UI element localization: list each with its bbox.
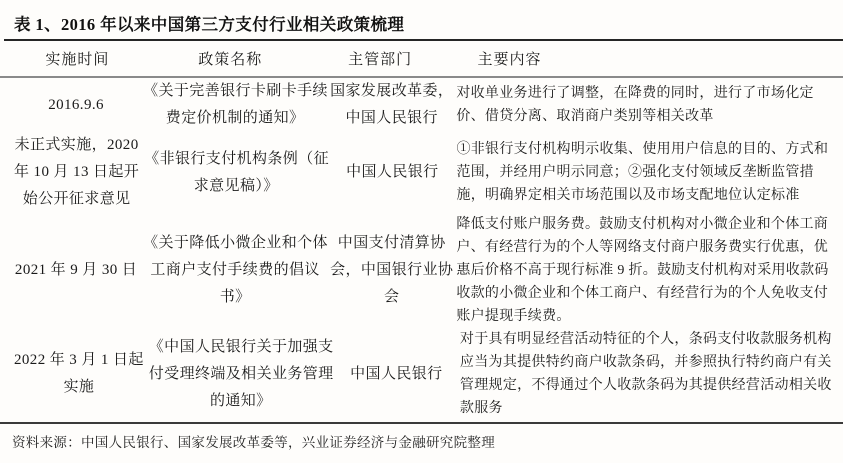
table-row: 2022 年 3 月 1 日起实施 《中国人民银行关于加强支付受理终端及相关业务… <box>0 328 843 420</box>
text-line: 收款的小微企业和个体工商户、有经营行为的个人免收支付 <box>456 282 843 305</box>
table-row: 2016.9.6 《关于完善银行卡刷卡手续费定价机制的通知》 国家发展改革委，中… <box>0 78 843 132</box>
col-header-policy-name: 政策名称 <box>146 48 315 69</box>
cell-department: 中国支付清算协会，中国银行业协会 <box>330 230 453 311</box>
table-header-row: 实施时间 政策名称 主管部门 主要内容 <box>0 41 843 76</box>
text-line: 国家发展改革委， <box>330 78 453 105</box>
text-line: 费定价机制的通知》 <box>143 105 327 132</box>
text-line: 施，明确界定相关市场范围以及市场支配地位认定标准 <box>456 184 843 207</box>
cell-policy-name: 《非银行支付机构条例（征求意见稿）》 <box>144 146 328 200</box>
cell-main-content: 对于具有明显经营活动特征的个人，条码支付收款服务机构应当为其提供特约商户收款条码… <box>460 328 843 420</box>
text-line: 中国人民银行 <box>336 361 457 388</box>
cell-policy-name: 《关于降低小微企业和个体工商户支付手续费的倡议书》 <box>143 230 327 311</box>
text-line: 的通知》 <box>149 388 333 415</box>
text-line: 2016.9.6 <box>14 92 138 119</box>
text-line: 实施 <box>14 374 144 401</box>
text-line: 范围，并经用户明示同意；②强化支付领域反垄断监管措 <box>456 161 843 184</box>
text-line: 求意见稿）》 <box>144 173 328 200</box>
text-line: 管理规定，不得通过个人收款条码为其提供经营活动相关收 <box>460 374 843 397</box>
text-line: 《关于降低小微企业和个体 <box>143 230 327 257</box>
text-line: 未正式实施，2020 <box>14 132 139 159</box>
cell-main-content: 对收单业务进行了调整，在降费的同时，进行了市场化定价、借贷分离、取消商户类别等相… <box>456 82 843 128</box>
col-header-time: 实施时间 <box>14 48 141 69</box>
text-line: ①非银行支付机构明示收集、使用用户信息的目的、方式和 <box>456 138 843 161</box>
text-line: 价、借贷分离、取消商户类别等相关改革 <box>456 105 843 128</box>
text-line: 2022 年 3 月 1 日起 <box>14 347 144 374</box>
text-line: 始公开征求意见 <box>14 186 139 213</box>
cell-main-content: ①非银行支付机构明示收集、使用用户信息的目的、方式和范围，并经用户明示同意；②强… <box>456 138 843 207</box>
text-line: 户、有经营行为的个人等网络支付商户服务费实行优惠，优 <box>456 236 843 259</box>
cell-time: 2022 年 3 月 1 日起实施 <box>14 347 144 401</box>
cell-policy-name: 《关于完善银行卡刷卡手续费定价机制的通知》 <box>143 78 327 132</box>
text-line: 《非银行支付机构条例（征 <box>144 146 328 173</box>
cell-policy-name: 《中国人民银行关于加强支付受理终端及相关业务管理的通知》 <box>149 334 333 415</box>
text-line: 账户提现手续费。 <box>456 305 843 328</box>
policy-table-document: 表 1、2016 年以来中国第三方支付行业相关政策梳理 实施时间 政策名称 主管… <box>0 0 843 463</box>
cell-department: 中国人民银行 <box>336 361 457 388</box>
cell-time: 2016.9.6 <box>14 92 138 119</box>
source-note: 资料来源：中国人民银行、国家发展改革委等，兴业证券经济与金融研究院整理 <box>0 424 843 451</box>
cell-department: 国家发展改革委，中国人民银行 <box>330 78 453 132</box>
cell-department: 中国人民银行 <box>331 159 453 186</box>
text-line: 对于具有明显经营活动特征的个人，条码支付收款服务机构 <box>460 328 843 351</box>
text-line: 惠后价格不高于现行标准 9 折。鼓励支付机构对采用收款码 <box>456 259 843 282</box>
text-line: 工商户支付手续费的倡议 <box>143 257 327 284</box>
cell-time: 2021 年 9 月 30 日 <box>14 257 138 284</box>
text-line: 《关于完善银行卡刷卡手续 <box>143 78 327 105</box>
col-header-main-content: 主要内容 <box>446 48 843 69</box>
table-row: 2021 年 9 月 30 日 《关于降低小微企业和个体工商户支付手续费的倡议书… <box>0 213 843 328</box>
text-line: 降低支付账户服务费。鼓励支付机构对小微企业和个体工商 <box>456 213 843 236</box>
text-line: 中国人民银行 <box>330 105 453 132</box>
text-line: 付受理终端及相关业务管理 <box>149 361 333 388</box>
table-row: 未正式实施，2020年 10 月 13 日起开始公开征求意见 《非银行支付机构条… <box>0 132 843 213</box>
text-line: 会，中国银行业协 <box>330 257 453 284</box>
text-line: 书》 <box>143 284 327 311</box>
text-line: 2021 年 9 月 30 日 <box>14 257 138 284</box>
text-line: 会 <box>330 284 453 311</box>
text-line: 款服务 <box>460 397 843 420</box>
text-line: 应当为其提供特约商户收款条码，并参照执行特约商户有关 <box>460 351 843 374</box>
text-line: 对收单业务进行了调整，在降费的同时，进行了市场化定 <box>456 82 843 105</box>
text-line: 《中国人民银行关于加强支 <box>149 334 333 361</box>
text-line: 中国人民银行 <box>331 159 453 186</box>
table-title: 表 1、2016 年以来中国第三方支付行业相关政策梳理 <box>0 0 843 35</box>
cell-main-content: 降低支付账户服务费。鼓励支付机构对小微企业和个体工商户、有经营行为的个人等网络支… <box>456 213 843 328</box>
text-line: 中国支付清算协 <box>330 230 453 257</box>
col-header-department: 主管部门 <box>318 48 443 69</box>
text-line: 年 10 月 13 日起开 <box>14 159 139 186</box>
cell-time: 未正式实施，2020年 10 月 13 日起开始公开征求意见 <box>14 132 139 213</box>
